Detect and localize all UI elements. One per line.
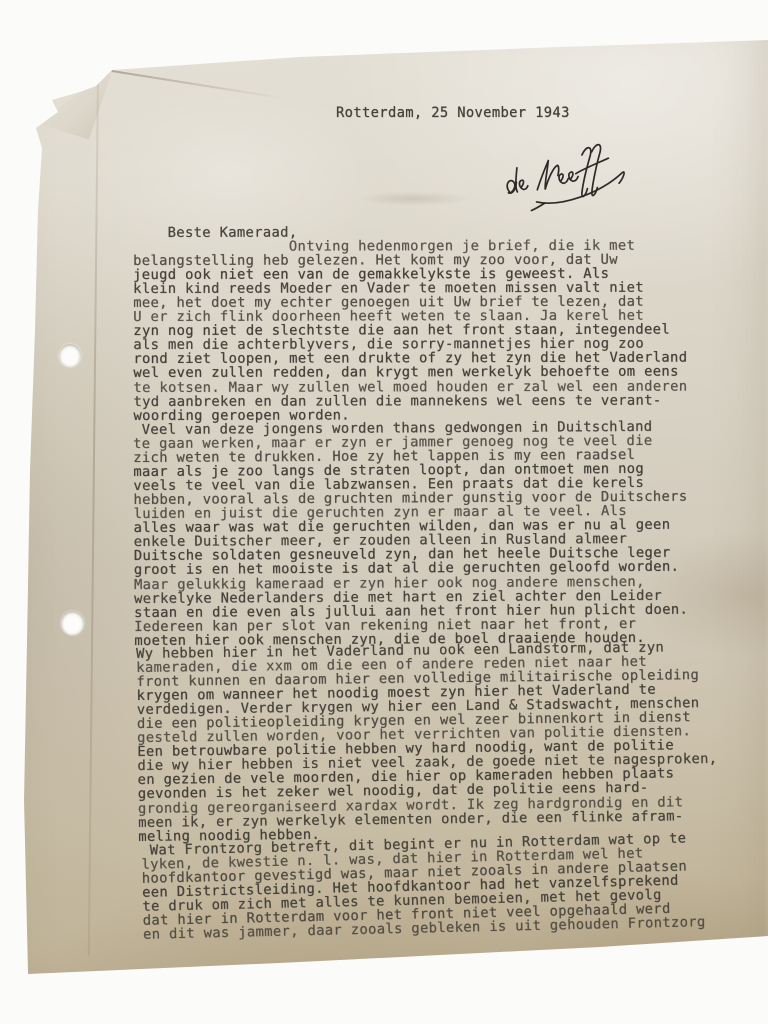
corner-crease <box>112 70 290 100</box>
letter-line: belangstelling heb gelezen. Het komt my … <box>133 253 733 269</box>
letter-paper: Rotterdam, 25 November 1943 Beste Kamera… <box>0 0 768 1024</box>
letter-line: U er zich flink doorheen heeft weten te … <box>133 309 733 325</box>
vertical-crease <box>88 75 99 955</box>
letter-paragraph-1: Beste Kameraad, Ontving hedenmorgen je b… <box>133 224 734 422</box>
letter-paragraph-3: Wy hebben hier in het Vaderland nu ook e… <box>136 640 738 844</box>
letter-line: als men die achterblyvers, die sorry-man… <box>133 337 733 353</box>
letter-body: Beste Kameraad, Ontving hedenmorgen je b… <box>133 226 733 942</box>
dateline: Rotterdam, 25 November 1943 <box>336 105 570 121</box>
letter-line: tyd aanbreken en dan zullen die manneken… <box>133 393 733 409</box>
punch-hole-top <box>59 344 81 367</box>
folded-corner-top-left <box>38 64 120 142</box>
handwritten-signature <box>494 130 651 220</box>
punch-hole-bottom <box>61 611 84 635</box>
letter-paragraph-2: Veel van deze jongens worden thans gedwo… <box>133 419 734 647</box>
letter-line: werkelyke Nederlanders die met hart en z… <box>134 588 734 606</box>
letter-paragraph-4: Wat Frontzorg betreft, dit begint er nu … <box>141 830 743 942</box>
